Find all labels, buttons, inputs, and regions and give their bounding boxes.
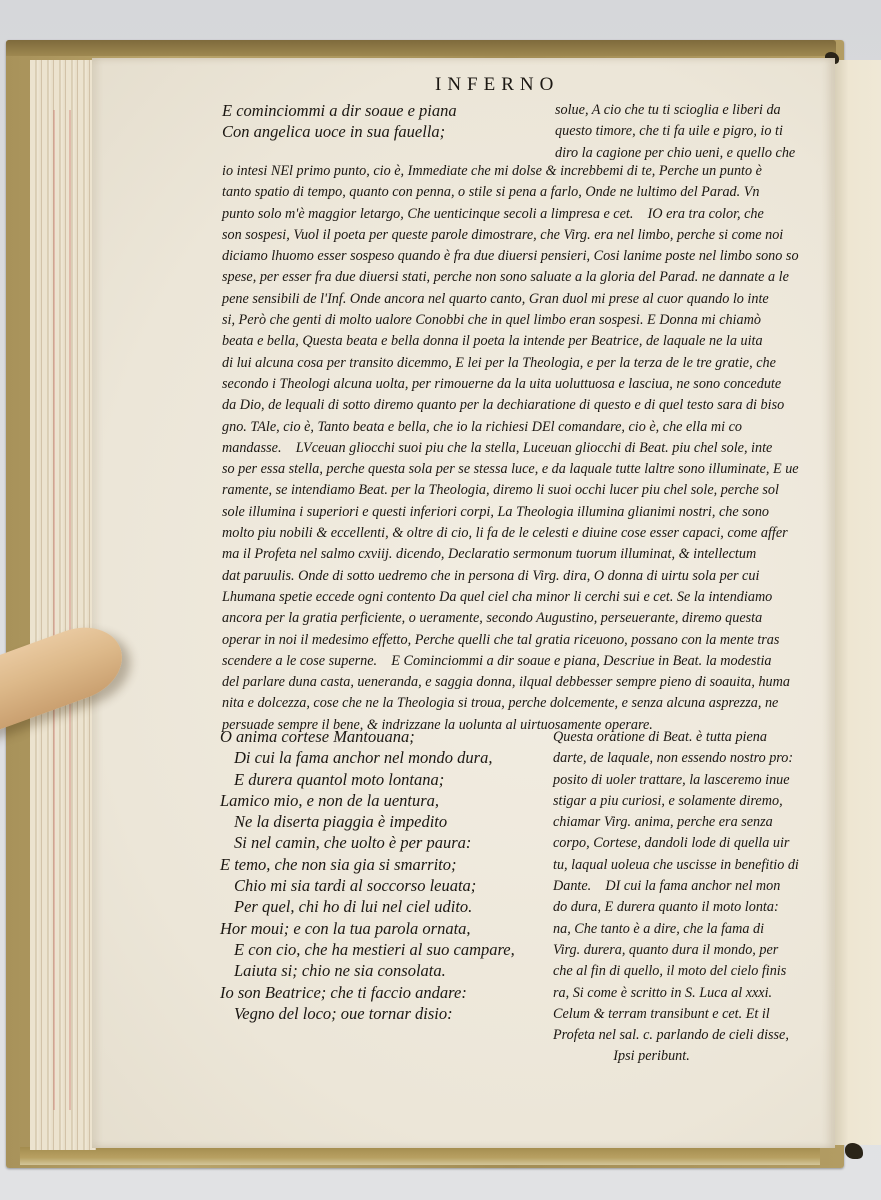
- gloss-line: Ipsi peribunt.: [553, 1046, 828, 1067]
- gloss-line: beata e bella, Questa beata e bella donn…: [222, 331, 822, 352]
- gloss-line: ma il Profeta nel salmo cxviij. dicendo,…: [222, 544, 822, 565]
- gloss-line: ramente, se intendiamo Beat. per la Theo…: [222, 480, 822, 501]
- gloss-line: molto piu nobili & eccellenti, & oltre d…: [222, 523, 822, 544]
- verse-line: Per quel, chi ho di lui nel ciel udito.: [220, 896, 515, 917]
- verse-line: E temo, che non sia gia si smarrito;: [220, 854, 515, 875]
- verse-line: Lamico mio, e non de la uentura,: [220, 790, 515, 811]
- gloss-line: darte, de laquale, non essendo nostro pr…: [553, 748, 828, 769]
- gloss-line: chiamar Virg. anima, perche era senza: [553, 812, 828, 833]
- gloss-line: questo timore, che ti fa uile e pigro, i…: [555, 121, 825, 142]
- gloss-line: Questa oratione di Beat. è tutta piena: [553, 727, 828, 748]
- gloss-line: ancora per la gratia perficiente, o uera…: [222, 608, 822, 629]
- gloss-line: corpo, Cortese, dandoli lode di quella u…: [553, 833, 828, 854]
- gloss-line: na, Che tanto è a dire, che la fama di: [553, 919, 828, 940]
- verse-line: E cominciommi a dir soaue e piana: [222, 100, 457, 121]
- gloss-line: diciamo lhuomo esser sospeso quando è fr…: [222, 246, 822, 267]
- gloss-line: scendere a le cose superne. E Cominciomm…: [222, 651, 822, 672]
- gloss-line: solue, A cio che tu ti scioglia e liberi…: [555, 100, 825, 121]
- gloss-line: io intesi NEl primo punto, cio è, Immedi…: [222, 161, 822, 182]
- verse-line: Hor moui; e con la tua parola ornata,: [220, 918, 515, 939]
- bottom-verse: O anima cortese Mantouana;Di cui la fama…: [220, 726, 515, 1024]
- verse-line: E con cio, che ha mestieri al suo campar…: [220, 939, 515, 960]
- facing-page-edge: [835, 60, 881, 1145]
- gloss-line: punto solo m'è maggior letargo, Che uent…: [222, 204, 822, 225]
- verse-line: Io son Beatrice; che ti faccio andare:: [220, 982, 515, 1003]
- gloss-line: pene sensibili de l'Inf. Onde ancora nel…: [222, 289, 822, 310]
- page-fore-edge: [30, 60, 96, 1150]
- gloss-line: Profeta nel sal. c. parlando de cieli di…: [553, 1025, 828, 1046]
- gloss-line: si, Però che genti di molto ualore Conob…: [222, 310, 822, 331]
- gloss-line: secondo i Theologi alcuna uolta, per rim…: [222, 374, 822, 395]
- red-edge-marks: [44, 110, 84, 1110]
- gloss-line: son sospesi, Vuol il poeta per queste pa…: [222, 225, 822, 246]
- running-head: INFERNO: [435, 74, 559, 96]
- verse-line: Vegno del loco; oue tornar disio:: [220, 1003, 515, 1024]
- verse-line: Ne la diserta piaggia è impedito: [220, 811, 515, 832]
- gloss-line: Dante. DI cui la fama anchor nel mon: [553, 876, 828, 897]
- cover-top-edge: [6, 40, 836, 56]
- gloss-line: di lui alcuna cosa per transito dicemmo,…: [222, 353, 822, 374]
- gloss-line: so per essa stella, perche questa sola p…: [222, 459, 822, 480]
- gloss-line: tanto spatio di tempo, quanto con penna,…: [222, 182, 822, 203]
- top-verse: E cominciommi a dir soaue e piana Con an…: [222, 100, 457, 142]
- gloss-line: nita e dolcezza, cose che ne la Theologi…: [222, 693, 822, 714]
- gloss-line: posito di uoler trattare, la lasceremo i…: [553, 770, 828, 791]
- verse-line: Con angelica uoce in sua fauella;: [222, 121, 457, 142]
- verse-line: Di cui la fama anchor nel mondo dura,: [220, 747, 515, 768]
- clasp-bottom: [845, 1143, 863, 1159]
- gloss-line: stigar a piu curiosi, e solamente diremo…: [553, 791, 828, 812]
- gloss-line: Lhumana spetie eccede ogni contento Da q…: [222, 587, 822, 608]
- gloss-line: spese, per esser fra due diuersi stati, …: [222, 267, 822, 288]
- verse-line: Chio mi sia tardi al soccorso leuata;: [220, 875, 515, 896]
- gloss-line: Virg. durera, quanto dura il mondo, per: [553, 940, 828, 961]
- gloss-line: mandasse. LVceuan gliocchi suoi piu che …: [222, 438, 822, 459]
- gloss-line: da Dio, de lequali di sotto diremo quant…: [222, 395, 822, 416]
- main-gloss: io intesi NEl primo punto, cio è, Immedi…: [222, 161, 822, 736]
- gloss-line: Celum & terram transibunt e cet. Et il: [553, 1004, 828, 1025]
- gloss-line: do dura, E durera quanto il moto lonta:: [553, 897, 828, 918]
- gloss-line: operar in noi il medesimo effetto, Perch…: [222, 630, 822, 651]
- verse-line: Si nel camin, che uolto è per paura:: [220, 832, 515, 853]
- gloss-line: del parlare duna casta, ueneranda, e sag…: [222, 672, 822, 693]
- gloss-line: che al fin di quello, il moto del cielo …: [553, 961, 828, 982]
- gloss-line: tu, laqual uoleua che uscisse in benefit…: [553, 855, 828, 876]
- cover-bottom-edge: [20, 1147, 820, 1165]
- gloss-line: gno. TAle, cio è, Tanto beata e bella, c…: [222, 417, 822, 438]
- gloss-line: ra, Si come è scritto in S. Luca al xxxi…: [553, 983, 828, 1004]
- verse-line: Laiuta si; chio ne sia consolata.: [220, 960, 515, 981]
- bottom-right-gloss: Questa oratione di Beat. è tutta pienada…: [553, 727, 828, 1068]
- gloss-line: dat paruulis. Onde di sotto uedremo che …: [222, 566, 822, 587]
- top-right-gloss: solue, A cio che tu ti scioglia e liberi…: [555, 100, 825, 164]
- gloss-line: sole illumina i superiori e questi infer…: [222, 502, 822, 523]
- verse-line: E durera quantol moto lontana;: [220, 769, 515, 790]
- verse-line: O anima cortese Mantouana;: [220, 726, 515, 747]
